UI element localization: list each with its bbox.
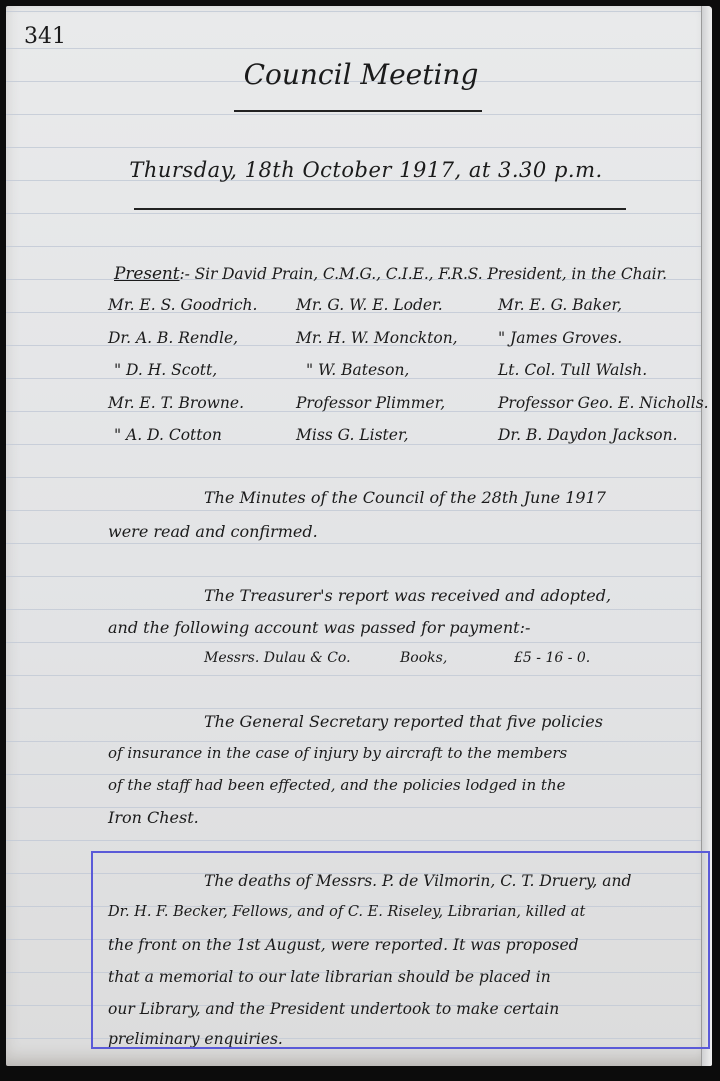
payment-item: Books,: [400, 650, 447, 666]
attendee: " D. H. Scott,: [114, 361, 217, 379]
attendee: Dr. B. Daydon Jackson.: [498, 426, 678, 444]
minutes-line: The Minutes of the Council of the 28th J…: [204, 488, 606, 507]
present-label: Present: [114, 264, 180, 284]
attendee: Mr. G. W. E. Loder.: [296, 296, 443, 314]
attendee: Mr. E. S. Goodrich.: [108, 296, 257, 314]
page-number: 341: [24, 24, 66, 49]
selection-highlight-box: [91, 851, 710, 1049]
attendee: " James Groves.: [498, 329, 622, 347]
attendee: Mr. H. W. Monckton,: [296, 329, 458, 347]
attendee: " A. D. Cotton: [114, 426, 222, 444]
attendee: Miss G. Lister,: [296, 426, 409, 444]
title-underline: [234, 110, 482, 112]
secretary-line: The General Secretary reported that five…: [204, 712, 603, 731]
date-underline: [134, 208, 626, 210]
meeting-date: Thursday, 18th October 1917, at 3.30 p.m…: [6, 158, 712, 182]
secretary-line: of the staff had been effected, and the …: [108, 776, 565, 794]
present-chair-line: Present:- Sir David Prain, C.M.G., C.I.E…: [114, 264, 667, 284]
attendee: Lt. Col. Tull Walsh.: [498, 361, 647, 379]
page-title: Council Meeting: [6, 58, 712, 91]
treasurer-line: and the following account was passed for…: [108, 618, 530, 637]
chair-text: :- Sir David Prain, C.M.G., C.I.E., F.R.…: [180, 265, 667, 283]
attendee: Dr. A. B. Rendle,: [108, 329, 238, 347]
attendee: Professor Geo. E. Nicholls.: [498, 394, 709, 412]
payment-amount: £5 - 16 - 0.: [514, 650, 590, 666]
treasurer-line: The Treasurer's report was received and …: [204, 586, 611, 605]
attendee: Mr. E. T. Browne.: [108, 394, 244, 412]
payee: Messrs. Dulau & Co.: [204, 650, 351, 666]
attendee: Mr. E. G. Baker,: [498, 296, 622, 314]
minutes-line: were read and confirmed.: [108, 522, 318, 541]
secretary-line: Iron Chest.: [108, 808, 199, 827]
attendee: Professor Plimmer,: [296, 394, 445, 412]
secretary-line: of insurance in the case of injury by ai…: [108, 744, 567, 762]
attendee: " W. Bateson,: [306, 361, 409, 379]
